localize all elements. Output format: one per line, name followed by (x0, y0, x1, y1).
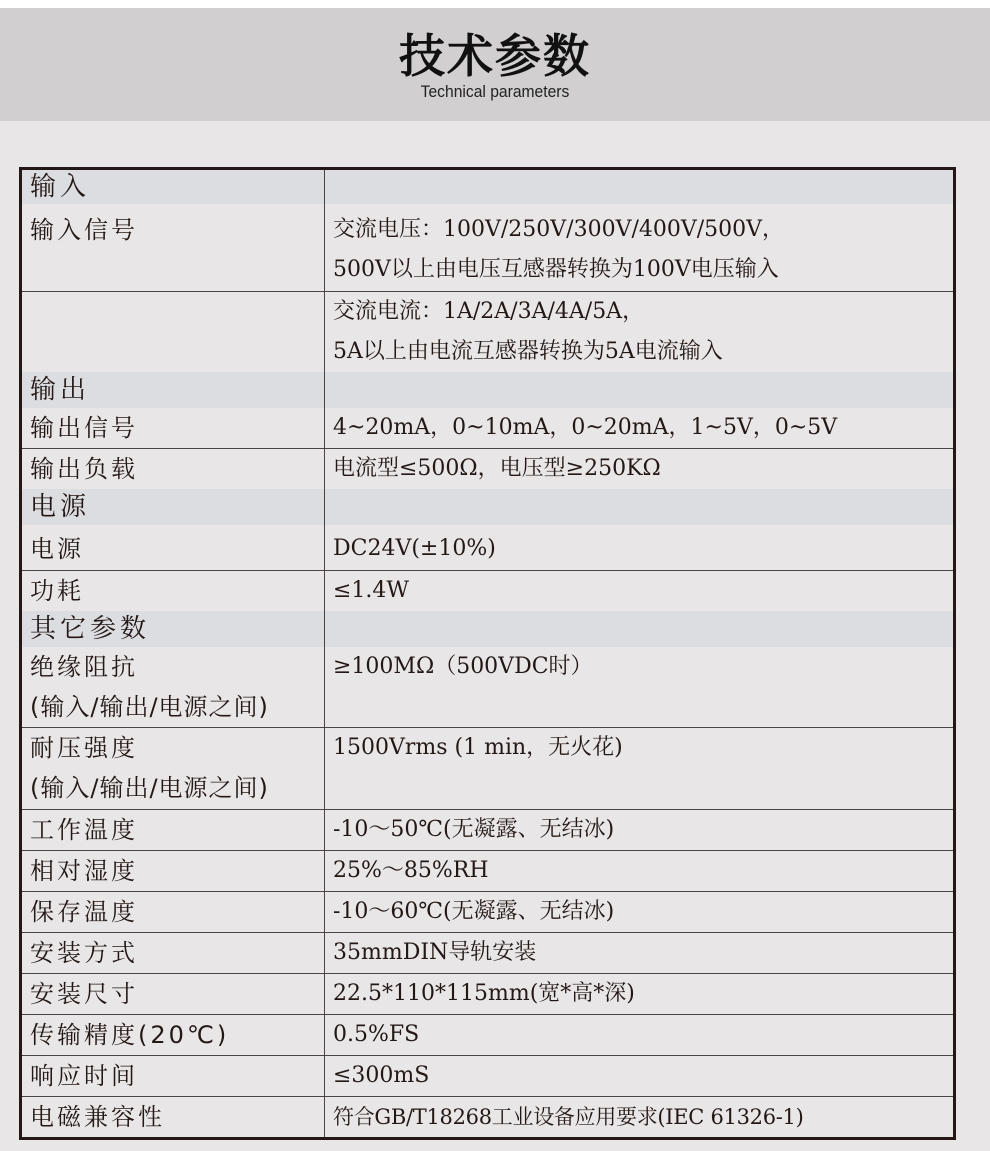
table-row: 输出信号 4~20mA，0~10mA，0~20mA，1~5V，0~5V (21, 408, 955, 449)
section-value (325, 169, 955, 205)
label-text: 输入 (30, 172, 90, 202)
section-row-other: 其它参数 (21, 611, 955, 647)
row-label: 电磁兼容性 (21, 1096, 325, 1138)
label-text: 耐压强度 (30, 728, 324, 768)
section-value (325, 611, 955, 647)
header-band: 技术参数 Technical parameters (0, 8, 990, 121)
label-text: 功耗 (30, 577, 84, 605)
label-text: 输出负载 (30, 455, 138, 483)
row-value: -10～60℃(无凝露、无结冰) (325, 891, 955, 932)
row-value: 25%～85%RH (325, 850, 955, 891)
table-row: 保存温度 -10～60℃(无凝露、无结冰) (21, 891, 955, 932)
table-row: 工作温度 -10～50℃(无凝露、无结冰) (21, 809, 955, 850)
section-value (325, 372, 955, 408)
top-strip (0, 0, 990, 8)
row-label: 响应时间 (21, 1055, 325, 1096)
row-label: 功耗 (21, 570, 325, 611)
row-label (21, 291, 325, 372)
row-value: 符合GB/T18268工业设备应用要求(IEC 61326-1) (325, 1096, 955, 1138)
page-subtitle: Technical parameters (40, 82, 951, 102)
row-value: 4~20mA，0~10mA，0~20mA，1~5V，0~5V (325, 408, 955, 449)
page-title: 技术参数 (0, 30, 990, 82)
row-label: 相对湿度 (21, 850, 325, 891)
section-label: 输出 (21, 372, 325, 408)
row-label: 保存温度 (21, 891, 325, 932)
row-value: 1500Vrms (1 min，无火花) (325, 727, 955, 809)
label-text: 其它参数 (30, 614, 150, 644)
label-text: 输出 (30, 375, 90, 405)
value-text: 1500Vrms (1 min，无火花) (333, 735, 623, 760)
row-label: 传输精度(20℃) (21, 1014, 325, 1055)
row-value: ≥100MΩ（500VDC时） (325, 647, 955, 728)
value-text: ≥100MΩ（500VDC时） (333, 654, 593, 679)
value-text: 22.5*110*115mm(宽*高*深) (333, 981, 635, 1006)
row-label: 输出负载 (21, 449, 325, 490)
value-text: 5A以上由电流互感器转换为5A电流输入 (333, 332, 953, 372)
label-text: 工作温度 (30, 816, 138, 844)
label-text: 相对湿度 (30, 857, 138, 885)
value-text: 0.5%FS (333, 1022, 419, 1047)
row-label: 工作温度 (21, 809, 325, 850)
row-value: -10～50℃(无凝露、无结冰) (325, 809, 955, 850)
value-text: 35mmDIN导轨安装 (333, 940, 536, 965)
value-text: DC24V(±10%) (333, 536, 496, 561)
label-text: 输入信号 (30, 216, 138, 244)
table-row: 电磁兼容性 符合GB/T18268工业设备应用要求(IEC 61326-1) (21, 1096, 955, 1138)
table-row: 耐压强度 (输入/输出/电源之间) 1500Vrms (1 min，无火花) (21, 727, 955, 809)
value-text: 25%～85%RH (333, 858, 489, 883)
value-text: 500V以上由电压互感器转换为100V电压输入 (333, 250, 953, 290)
label-text: 电源 (30, 535, 84, 563)
table-row: 安装方式 35mmDIN导轨安装 (21, 932, 955, 973)
table-row: 相对湿度 25%～85%RH (21, 850, 955, 891)
section-value (325, 489, 955, 525)
row-value: ≤300mS (325, 1055, 955, 1096)
table-row: 输入信号 交流电压：100V/250V/300V/400V/500V， 500V… (21, 204, 955, 291)
row-value: 交流电压：100V/250V/300V/400V/500V， 500V以上由电压… (325, 204, 955, 291)
row-value: 22.5*110*115mm(宽*高*深) (325, 973, 955, 1014)
section-label: 电源 (21, 489, 325, 525)
value-text: 符合GB/T18268工业设备应用要求(IEC 61326-1) (333, 1105, 804, 1129)
value-text: -10～50℃(无凝露、无结冰) (333, 817, 614, 842)
spec-table: 输入 输入信号 交流电压：100V/250V/300V/400V/500V， 5… (19, 167, 956, 1140)
table-row: 安装尺寸 22.5*110*115mm(宽*高*深) (21, 973, 955, 1014)
label-subtext: (输入/输出/电源之间) (30, 687, 324, 727)
table-row: 绝缘阻抗 (输入/输出/电源之间) ≥100MΩ（500VDC时） (21, 647, 955, 728)
section-label: 其它参数 (21, 611, 325, 647)
table-row: 传输精度(20℃) 0.5%FS (21, 1014, 955, 1055)
row-label: 输入信号 (21, 204, 325, 291)
row-label: 安装方式 (21, 932, 325, 973)
row-label: 输出信号 (21, 408, 325, 449)
row-value: 35mmDIN导轨安装 (325, 932, 955, 973)
label-text: 响应时间 (30, 1062, 138, 1090)
row-value: DC24V(±10%) (325, 525, 955, 570)
label-text: 绝缘阻抗 (30, 647, 324, 687)
value-text: 交流电压：100V/250V/300V/400V/500V， (333, 210, 953, 250)
section-row-output: 输出 (21, 372, 955, 408)
table-row: 交流电流：1A/2A/3A/4A/5A， 5A以上由电流互感器转换为5A电流输入 (21, 291, 955, 372)
value-text: 电流型≤500Ω，电压型≥250KΩ (333, 456, 661, 481)
label-text: 保存温度 (30, 898, 138, 926)
table-row: 输出负载 电流型≤500Ω，电压型≥250KΩ (21, 449, 955, 490)
row-value: ≤1.4W (325, 570, 955, 611)
row-value: 交流电流：1A/2A/3A/4A/5A， 5A以上由电流互感器转换为5A电流输入 (325, 291, 955, 372)
label-text: 电磁兼容性 (30, 1103, 165, 1131)
label-text: 电源 (30, 492, 90, 522)
table-row: 功耗 ≤1.4W (21, 570, 955, 611)
row-label: 绝缘阻抗 (输入/输出/电源之间) (21, 647, 325, 728)
section-row-power: 电源 (21, 489, 955, 525)
label-text: 传输精度(20℃) (30, 1021, 229, 1049)
value-text: -10～60℃(无凝露、无结冰) (333, 899, 614, 924)
label-subtext: (输入/输出/电源之间) (30, 768, 324, 808)
section-label: 输入 (21, 169, 325, 205)
label-text: 安装方式 (30, 939, 138, 967)
value-text: 交流电流：1A/2A/3A/4A/5A， (333, 292, 953, 332)
table-row: 电源 DC24V(±10%) (21, 525, 955, 570)
row-value: 电流型≤500Ω，电压型≥250KΩ (325, 449, 955, 490)
value-text: 4~20mA，0~10mA，0~20mA，1~5V，0~5V (333, 415, 837, 440)
label-text: 安装尺寸 (30, 980, 138, 1008)
row-value: 0.5%FS (325, 1014, 955, 1055)
row-label: 安装尺寸 (21, 973, 325, 1014)
table-row: 响应时间 ≤300mS (21, 1055, 955, 1096)
value-text: ≤1.4W (333, 578, 409, 603)
section-row-input: 输入 (21, 169, 955, 205)
value-text: ≤300mS (333, 1063, 429, 1088)
row-label: 耐压强度 (输入/输出/电源之间) (21, 727, 325, 809)
label-text: 输出信号 (30, 414, 138, 442)
row-label: 电源 (21, 525, 325, 570)
